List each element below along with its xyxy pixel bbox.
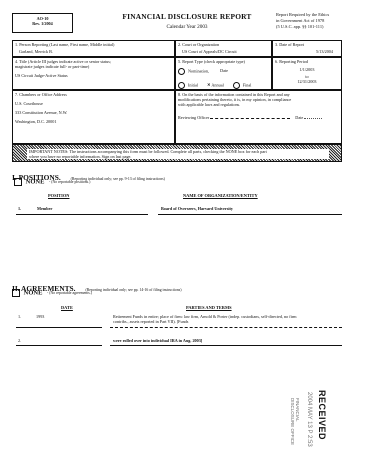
field-title: 4. Title (Article III judges indicate ac… xyxy=(12,57,175,90)
agreement-date: 1993 xyxy=(36,314,44,319)
field-review-certification: 8. On the basis of the information conta… xyxy=(175,90,342,144)
divider xyxy=(16,214,148,215)
date-value[interactable]: 5/13/2004 xyxy=(275,49,339,54)
divider xyxy=(110,345,342,346)
calendar-year: Calendar Year 2003 xyxy=(92,24,282,30)
reviewing-officer-signature[interactable] xyxy=(210,118,290,119)
position-value: Member xyxy=(37,206,52,211)
col-position: POSITION xyxy=(48,193,69,198)
agreements-none-checkbox[interactable] xyxy=(12,289,20,297)
page-title: FINANCIAL DISCLOSURE REPORT xyxy=(92,12,282,21)
important-notice: IMPORTANT NOTES: The instructions accomp… xyxy=(12,144,342,162)
stamp-office: FINANCIAL DISCLOSURE OFFICE xyxy=(290,398,300,445)
agreement-terms: Retirement Funds in entire; place of fir… xyxy=(113,314,333,324)
divider xyxy=(110,327,342,328)
position-row-num: 1. xyxy=(18,206,21,211)
stamp-date: 2004 MAY 13 P 2:53 xyxy=(306,392,312,447)
court-value[interactable]: US Court of Appeals/DC Circuit xyxy=(178,49,269,54)
divider xyxy=(16,345,102,346)
positions-none-checkbox[interactable] xyxy=(14,178,22,186)
agreement-row-num: 1. xyxy=(18,314,21,319)
agreement-terms: were rolled over into individual IRA in … xyxy=(113,338,202,343)
col-parties: PARTIES AND TERMS xyxy=(186,305,232,310)
field-date-of-report: 3. Date of Report 5/13/2004 xyxy=(272,40,342,57)
nomination-radio[interactable] xyxy=(178,68,185,75)
field-address: 7. Chambers or Office Address U.S. Court… xyxy=(12,90,175,144)
form-revision: Rev. 1/2004 xyxy=(13,21,72,26)
col-date: DATE xyxy=(61,305,73,310)
form-id-box: AO-10 Rev. 1/2004 xyxy=(12,13,73,33)
statute-note: Report Required by the Ethics in Governm… xyxy=(276,12,368,30)
field-report-type: 5. Report Type (check appropriate type) … xyxy=(175,57,272,90)
final-radio[interactable] xyxy=(233,82,240,89)
org-value: Board of Overseers, Harvard University xyxy=(161,206,233,211)
initial-radio[interactable] xyxy=(178,82,185,89)
field-reporting-period: 6. Reporting Period 1/1/2003 to 12/31/20… xyxy=(272,57,342,90)
person-value[interactable]: Garland, Merrick B. xyxy=(15,49,172,54)
divider xyxy=(158,214,342,215)
field-court: 2. Court or Organization US Court of App… xyxy=(175,40,272,57)
col-org: NAME OF ORGANIZATION/ENTITY xyxy=(183,193,258,198)
divider xyxy=(16,327,102,328)
received-stamp: RECEIVED xyxy=(317,390,327,440)
title-value[interactable]: US Circuit Judge-Active Status xyxy=(15,73,172,78)
field-person-reporting: 1. Person Reporting (Last name, First na… xyxy=(12,40,175,57)
agreement-row-num: 2. xyxy=(18,338,21,343)
review-date-field[interactable] xyxy=(304,118,322,119)
